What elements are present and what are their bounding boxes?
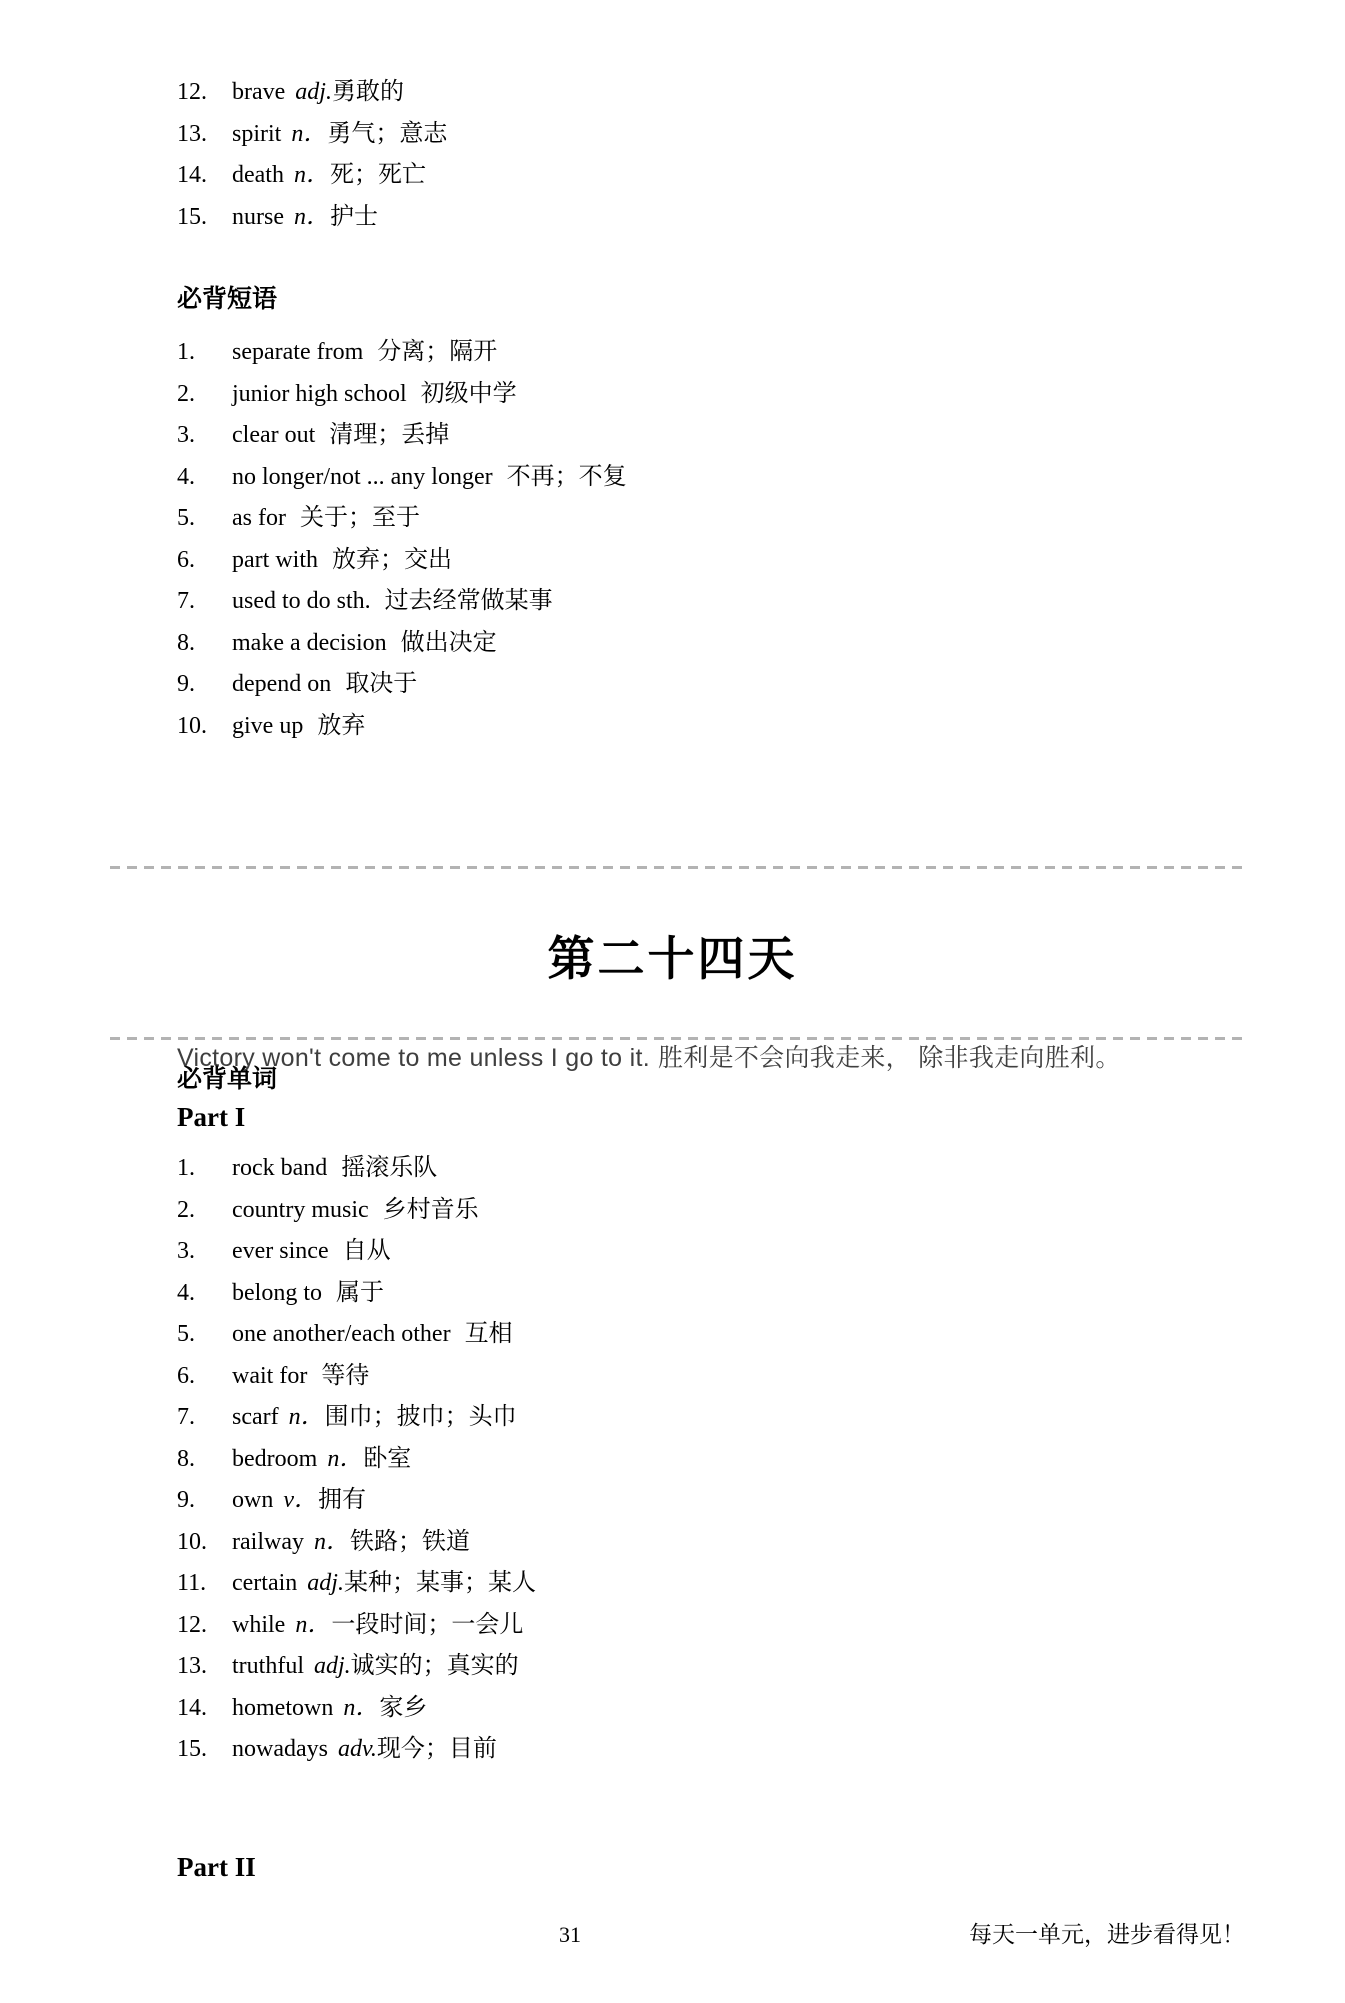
item-chinese: 家乡: [379, 1688, 427, 1730]
item-chinese: 乡村音乐: [383, 1190, 479, 1232]
footer-page-number: 31: [500, 1922, 640, 1948]
item-number: 7.: [177, 1397, 232, 1439]
word-item: 5. one another/each other 互相: [177, 1314, 536, 1356]
word-item: 9. own v． 拥有: [177, 1480, 536, 1522]
word-item: 3. ever since 自从: [177, 1231, 536, 1273]
word-item: 12. while n． 一段时间；一会儿: [177, 1605, 536, 1647]
item-number: 1.: [177, 1148, 232, 1190]
item-number: 3.: [177, 1231, 232, 1273]
item-part-of-speech: n．: [314, 1522, 350, 1564]
dashed-divider-bottom: [110, 1037, 1242, 1040]
item-chinese: 围巾；披巾；头巾: [325, 1397, 517, 1439]
item-part-of-speech: n．: [291, 114, 327, 156]
item-number: 14.: [177, 155, 232, 197]
item-english: wait for: [232, 1356, 307, 1398]
phrase-item: 1. separate from 分离；隔开: [177, 332, 627, 374]
item-english: scarf: [232, 1397, 279, 1439]
item-chinese: 某种；某事；某人: [344, 1563, 536, 1605]
phrases-list: 1. separate from 分离；隔开 2. junior high sc…: [177, 332, 627, 747]
item-chinese: 属于: [336, 1273, 384, 1315]
item-english: as for: [232, 498, 286, 540]
word-item: 14. hometown n． 家乡: [177, 1688, 536, 1730]
item-english: brave: [232, 72, 285, 114]
word-item: 10. railway n． 铁路；铁道: [177, 1522, 536, 1564]
word-item: 14. death n． 死；死亡: [177, 155, 447, 197]
word-item: 12. brave adj. 勇敢的: [177, 72, 447, 114]
item-english: junior high school: [232, 374, 407, 416]
item-part-of-speech: n．: [294, 197, 330, 239]
item-number: 11.: [177, 1563, 232, 1605]
words-heading: 必背单词: [177, 1064, 277, 1094]
phrase-item: 3. clear out 清理；丢掉: [177, 415, 627, 457]
phrase-item: 2. junior high school 初级中学: [177, 374, 627, 416]
item-chinese: 护士: [330, 197, 378, 239]
item-part-of-speech: n．: [294, 155, 330, 197]
phrase-item: 8. make a decision 做出决定: [177, 623, 627, 665]
part1-heading: Part I: [177, 1101, 245, 1133]
item-chinese: 清理；丢掉: [329, 415, 449, 457]
phrase-item: 5. as for 关于；至于: [177, 498, 627, 540]
footer-slogan: 每天一单元，进步看得见！: [969, 1922, 1245, 1948]
item-english: death: [232, 155, 284, 197]
word-item: 15. nowadays adv. 现今；目前: [177, 1729, 536, 1771]
item-number: 1.: [177, 332, 232, 374]
item-english: railway: [232, 1522, 304, 1564]
item-chinese: 诚实的；真实的: [351, 1646, 519, 1688]
item-chinese: 自从: [343, 1231, 391, 1273]
item-english: one another/each other: [232, 1314, 451, 1356]
item-english: depend on: [232, 664, 331, 706]
item-english: give up: [232, 706, 303, 748]
dashed-divider-top: [110, 866, 1242, 869]
word-item: 15. nurse n． 护士: [177, 197, 447, 239]
item-chinese: 一段时间；一会儿: [331, 1605, 523, 1647]
item-number: 9.: [177, 1480, 232, 1522]
item-english: ever since: [232, 1231, 329, 1273]
part1-words-list: 1. rock band 摇滚乐队 2. country music 乡村音乐 …: [177, 1148, 536, 1771]
item-english: belong to: [232, 1273, 322, 1315]
item-english: while: [232, 1605, 285, 1647]
item-chinese: 铁路；铁道: [350, 1522, 470, 1564]
item-number: 3.: [177, 415, 232, 457]
item-chinese: 等待: [321, 1356, 369, 1398]
phrases-heading: 必背短语: [177, 284, 277, 314]
word-item: 7. scarf n． 围巾；披巾；头巾: [177, 1397, 536, 1439]
item-number: 2.: [177, 374, 232, 416]
item-number: 14.: [177, 1688, 232, 1730]
item-number: 9.: [177, 664, 232, 706]
item-part-of-speech: adv.: [338, 1729, 377, 1771]
item-part-of-speech: n．: [289, 1397, 325, 1439]
item-number: 10.: [177, 1522, 232, 1564]
item-english: clear out: [232, 415, 315, 457]
item-chinese: 做出决定: [401, 623, 497, 665]
item-english: used to do sth.: [232, 581, 371, 623]
item-number: 8.: [177, 1439, 232, 1481]
item-part-of-speech: n．: [327, 1439, 363, 1481]
phrase-item: 6. part with 放弃；交出: [177, 540, 627, 582]
word-item: 13. spirit n． 勇气；意志: [177, 114, 447, 156]
item-number: 5.: [177, 498, 232, 540]
item-chinese: 勇气；意志: [327, 114, 447, 156]
item-number: 12.: [177, 1605, 232, 1647]
item-english: rock band: [232, 1148, 327, 1190]
phrase-item: 4. no longer/not ... any longer 不再；不复: [177, 457, 627, 499]
item-english: truthful: [232, 1646, 304, 1688]
item-chinese: 初级中学: [421, 374, 517, 416]
word-item: 11. certain adj. 某种；某事；某人: [177, 1563, 536, 1605]
item-chinese: 关于；至于: [300, 498, 420, 540]
item-part-of-speech: v．: [283, 1480, 318, 1522]
word-item: 13. truthful adj. 诚实的；真实的: [177, 1646, 536, 1688]
item-chinese: 互相: [465, 1314, 513, 1356]
item-number: 4.: [177, 1273, 232, 1315]
phrase-item: 10. give up 放弃: [177, 706, 627, 748]
phrase-item: 7. used to do sth. 过去经常做某事: [177, 581, 627, 623]
item-number: 4.: [177, 457, 232, 499]
item-number: 7.: [177, 581, 232, 623]
item-number: 5.: [177, 1314, 232, 1356]
item-chinese: 摇滚乐队: [341, 1148, 437, 1190]
item-number: 2.: [177, 1190, 232, 1232]
item-part-of-speech: n．: [343, 1688, 379, 1730]
item-part-of-speech: adj.: [307, 1563, 344, 1605]
word-item: 4. belong to 属于: [177, 1273, 536, 1315]
item-chinese: 放弃；交出: [332, 540, 452, 582]
item-chinese: 死；死亡: [330, 155, 426, 197]
item-english: separate from: [232, 332, 363, 374]
motto-chinese: 胜利是不会向我走来， 除非我走向胜利。: [658, 1044, 1121, 1072]
item-number: 8.: [177, 623, 232, 665]
item-number: 13.: [177, 114, 232, 156]
item-part-of-speech: adj.: [314, 1646, 351, 1688]
item-number: 12.: [177, 72, 232, 114]
item-number: 13.: [177, 1646, 232, 1688]
item-english: bedroom: [232, 1439, 317, 1481]
item-chinese: 过去经常做某事: [385, 581, 553, 623]
item-english: certain: [232, 1563, 297, 1605]
day-title: 第二十四天: [0, 931, 1345, 987]
motto-line: Victory won't come to me unless I go to …: [177, 1044, 1297, 1072]
item-english: spirit: [232, 114, 281, 156]
item-english: nowadays: [232, 1729, 328, 1771]
item-number: 15.: [177, 197, 232, 239]
item-part-of-speech: n．: [295, 1605, 331, 1647]
item-english: nurse: [232, 197, 284, 239]
prev-words-list: 12. brave adj. 勇敢的 13. spirit n． 勇气；意志 1…: [177, 72, 447, 238]
item-english: no longer/not ... any longer: [232, 457, 493, 499]
item-english: hometown: [232, 1688, 333, 1730]
item-chinese: 不再；不复: [507, 457, 627, 499]
item-chinese: 分离；隔开: [377, 332, 497, 374]
item-english: country music: [232, 1190, 369, 1232]
item-number: 10.: [177, 706, 232, 748]
item-chinese: 勇敢的: [332, 72, 404, 114]
item-chinese: 取决于: [345, 664, 417, 706]
phrase-item: 9. depend on 取决于: [177, 664, 627, 706]
item-number: 6.: [177, 540, 232, 582]
item-chinese: 现今；目前: [377, 1729, 497, 1771]
item-english: part with: [232, 540, 318, 582]
item-chinese: 拥有: [318, 1480, 366, 1522]
document-page: 12. brave adj. 勇敢的 13. spirit n． 勇气；意志 1…: [0, 0, 1345, 2003]
item-english: own: [232, 1480, 273, 1522]
word-item: 8. bedroom n． 卧室: [177, 1439, 536, 1481]
item-chinese: 卧室: [363, 1439, 411, 1481]
word-item: 6. wait for 等待: [177, 1356, 536, 1398]
item-number: 6.: [177, 1356, 232, 1398]
item-chinese: 放弃: [317, 706, 365, 748]
part2-heading: Part II: [177, 1851, 256, 1883]
word-item: 1. rock band 摇滚乐队: [177, 1148, 536, 1190]
item-english: make a decision: [232, 623, 387, 665]
item-part-of-speech: adj.: [295, 72, 332, 114]
item-number: 15.: [177, 1729, 232, 1771]
word-item: 2. country music 乡村音乐: [177, 1190, 536, 1232]
